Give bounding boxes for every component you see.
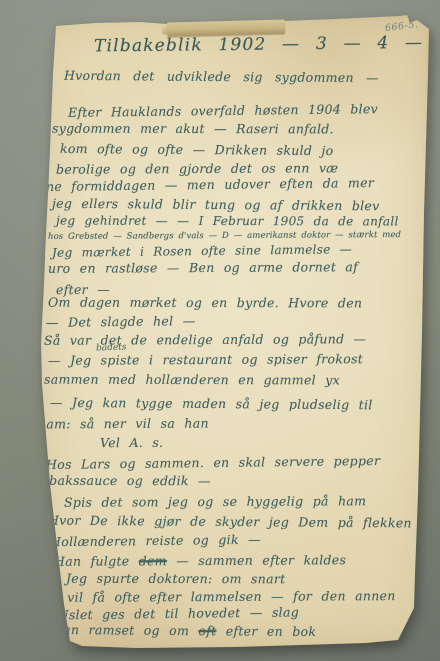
line-text: — Jeg spiste i [48,352,163,368]
manuscript-line: uro en rastløse — Ben og arme dornet af [48,259,358,276]
manuscript-line: Han ramset og om oft efter en bok [52,622,316,639]
line-text: — sammen efter kaldes [167,552,346,568]
manuscript-line: de vil få ofte efter lammelsen — for den… [42,588,396,605]
struck-word: oft [198,623,216,638]
manuscript-line: ham: så ner vil sa han [38,416,209,432]
line-text: Han ramset og om [52,622,199,638]
manuscript-line: berolige og den gjorde det os enn væ [56,160,338,176]
line-text: Han fulgte [54,553,139,568]
manuscript-line: — Jeg kan tygge maden så jeg pludselig t… [50,395,373,413]
struck-word: dem [139,553,167,568]
line-text: efter en bok [216,623,316,639]
manuscript-line: Så var det de endelige anfald og påfund … [44,331,367,348]
manuscript-line: Vel A. s. [100,435,163,450]
manuscript-line: Jeg mærket i Rosen ofte sine lammelse — [52,242,352,260]
manuscript-line: — Jeg spiste i restaurant og spiser frok… [48,351,363,368]
manuscript-title: Tilbakeblik 1902 — 3 — 4 — 5. 6 — 7 [94,32,440,57]
line-text: restaurant og spiser frokost [163,351,364,367]
manuscript-page: 666-5. Tilbakeblik 1902 — 3 — 4 — 5. 6 —… [36,14,430,651]
manuscript-line: Hos Lars og sammen. en skal servere pepp… [46,453,380,472]
manuscript-line: Efter Hauklands overfald høsten 1904 ble… [68,101,378,120]
manuscript-line: Hollænderen reiste og gik — [50,532,261,550]
manuscript-line: hos Grebsted — Sandbergs d'vals — D — am… [48,230,401,242]
manuscript-line: — Uslet ges det til hovedet — slag [36,604,299,622]
manuscript-line: Hvordan det udviklede sig sygdommen — [64,68,379,85]
ink-stain [45,505,50,513]
manuscript-line: kom ofte og ofte — Drikken skuld jo [60,141,334,158]
manuscript-line: Han fulgte dem — sammen efter kaldes [54,552,346,569]
manuscript-line: — Det slagde hel — [46,313,196,330]
archive-number: 666-5. [384,19,419,34]
manuscript-line: sygdommen mer akut — Raseri anfald. [52,121,334,137]
manuscript-line: Om dagen mørket og en byrde. Hvore den [48,295,362,311]
manuscript-line: jeg gehindret — — I Februar 1905 da de a… [56,214,399,229]
paper-sheet: 666-5. Tilbakeblik 1902 — 3 — 4 — 5. 6 —… [36,14,430,651]
manuscript-line: Hvor De ikke gjør de skyder jeg Dem på f… [48,513,412,531]
manuscript-line: Spis det som jeg og se hyggelig på ham [64,493,366,510]
manuscript-line: jeg ellers skuld blir tung og af drikken… [52,196,380,214]
manuscript-line: Jeg spurte doktoren: om snart [66,571,285,587]
manuscript-line: ne formiddagen — men udover eften da mer [46,175,374,194]
manuscript-line: sammen med hollænderen en gammel yx [44,372,340,388]
manuscript-line: tobakssauce og eddik — [36,473,211,488]
